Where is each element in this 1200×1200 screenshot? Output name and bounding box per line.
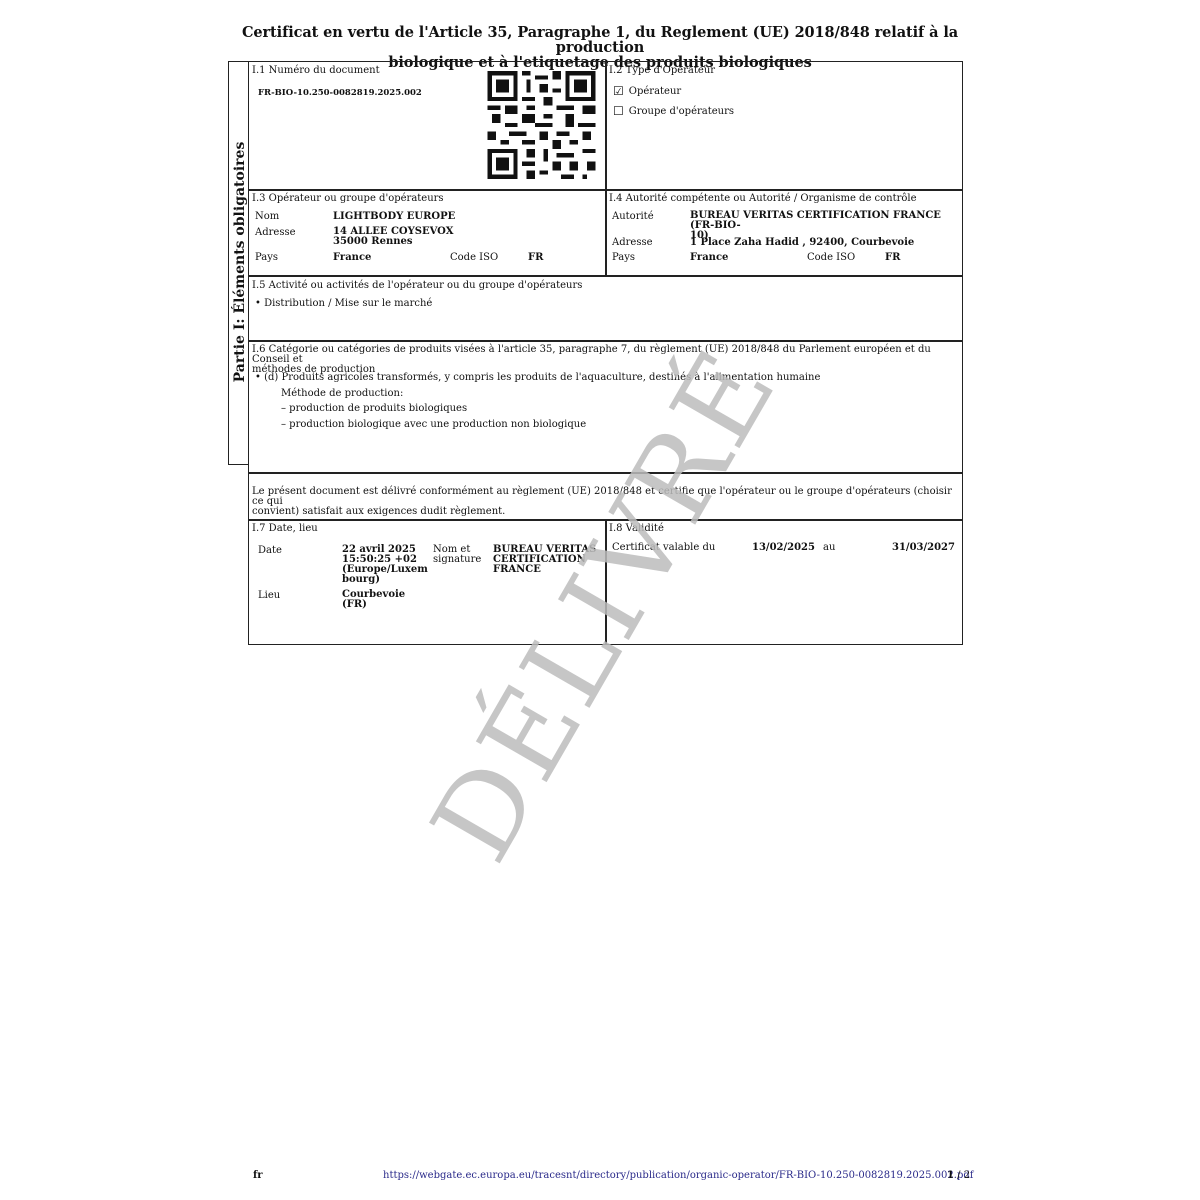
section-1-8-label: I.8 Validité [609, 523, 664, 535]
section-1-6-label: I.6 Catégorie ou catégories de produits … [252, 345, 962, 375]
section-1-3: I.3 Opérateur ou groupe d'opérateurs Nom… [248, 189, 607, 277]
authority-line: BUREAU VERITAS CERTIFICATION FRANCE (FR-… [690, 211, 962, 231]
authority-address: 1 Place Zaha Hadid , 92400, Courbevoie [690, 237, 914, 249]
signature-line: FRANCE [493, 565, 596, 575]
option-label: Opérateur [629, 86, 681, 97]
statement-text: Le présent document est délivré conformé… [252, 487, 962, 517]
section-1-3-label: I.3 Opérateur ou groupe d'opérateurs [252, 193, 444, 205]
checkbox-unchecked-icon[interactable]: ☐ [613, 107, 624, 116]
field-label: Adresse [255, 227, 296, 239]
issue-place: Courbevoie (FR) [342, 590, 405, 610]
label-line: signature [433, 555, 481, 565]
field-label: Autorité [612, 211, 654, 223]
address-line: 35000 Rennes [333, 237, 453, 247]
option-label: Groupe d'opérateurs [629, 106, 734, 117]
date-line: bourg) [342, 575, 428, 585]
product-category: • (d) Produits agricoles transformés, y … [255, 372, 820, 384]
method-item: – production de produits biologiques [281, 403, 467, 415]
field-label: Nom [255, 211, 279, 223]
issue-date: 22 avril 2025 15:50:25 +02 (Europe/Luxem… [342, 545, 428, 585]
document-number: FR-BIO-10.250-0082819.2025.002 [258, 88, 422, 98]
field-label: Code ISO [450, 252, 498, 264]
operator-iso: FR [528, 252, 543, 264]
label-line: I.6 Catégorie ou catégories de produits … [252, 345, 962, 365]
statement-box: Le présent document est délivré conformé… [248, 472, 963, 521]
section-1-1-label: I.1 Numéro du document [252, 65, 380, 77]
signature: BUREAU VERITAS CERTIFICATION FRANCE [493, 545, 596, 575]
field-label: Lieu [258, 590, 280, 602]
title-line-1: Certificat en vertu de l'Article 35, Par… [230, 25, 970, 55]
validity-label: Certificat valable du [612, 542, 715, 554]
activity-item: • Distribution / Mise sur le marché [255, 298, 432, 310]
section-1-8: I.8 Validité Certificat valable du 13/02… [605, 519, 963, 645]
section-1-7: I.7 Date, lieu Date 22 avril 2025 15:50:… [248, 519, 607, 645]
page-number: 1 [947, 1170, 954, 1181]
option-groupe[interactable]: ☐Groupe d'opérateurs [613, 106, 734, 118]
section-1-7-label: I.7 Date, lieu [252, 523, 318, 535]
section-1-2-label: I.2 Type d'Opérateur [609, 65, 715, 77]
section-1-4-label: I.4 Autorité compétente ou Autorité / Or… [609, 193, 917, 205]
section-1-4: I.4 Autorité compétente ou Autorité / Or… [605, 189, 963, 277]
field-label: Nom et signature [433, 545, 481, 565]
authority-iso: FR [885, 252, 900, 264]
option-operateur[interactable]: ☑Opérateur [613, 86, 681, 98]
qr-code-icon [487, 71, 596, 179]
page-total: / 2 [957, 1170, 970, 1181]
valid-to: 31/03/2027 [892, 542, 955, 554]
field-label: Code ISO [807, 252, 855, 264]
field-label: Pays [255, 252, 278, 264]
footer-url-link[interactable]: https://webgate.ec.europa.eu/tracesnt/di… [383, 1170, 973, 1181]
operator-address: 14 ALLEE COYSEVOX 35000 Rennes [333, 227, 453, 247]
place-line: (FR) [342, 600, 405, 610]
validity-to-label: au [823, 542, 835, 554]
section-1-5-label: I.5 Activité ou activités de l'opérateur… [252, 280, 582, 292]
statement-line: Le présent document est délivré conformé… [252, 487, 962, 507]
sidebar-label: Partie I: Éléments obligatoires [232, 142, 248, 383]
checkbox-checked-icon[interactable]: ☑ [613, 87, 624, 96]
valid-from: 13/02/2025 [752, 542, 815, 554]
operator-name: LIGHTBODY EUROPE [333, 211, 455, 223]
field-label: Adresse [612, 237, 653, 249]
authority-country: France [690, 252, 728, 264]
field-label: Pays [612, 252, 635, 264]
section-1-5: I.5 Activité ou activités de l'opérateur… [248, 275, 963, 342]
page-indicator: 1 / 2 [947, 1170, 970, 1181]
field-label: Date [258, 545, 282, 557]
method-item: – production biologique avec une product… [281, 419, 586, 431]
statement-line: convient) satisfait aux exigences dudit … [252, 507, 962, 517]
operator-country: France [333, 252, 371, 264]
method-label: Méthode de production: [281, 388, 403, 400]
footer-lang: fr [253, 1170, 263, 1181]
section-1-6: I.6 Catégorie ou catégories de produits … [248, 340, 963, 474]
section-1-2: I.2 Type d'Opérateur ☑Opérateur ☐Groupe … [605, 61, 963, 191]
